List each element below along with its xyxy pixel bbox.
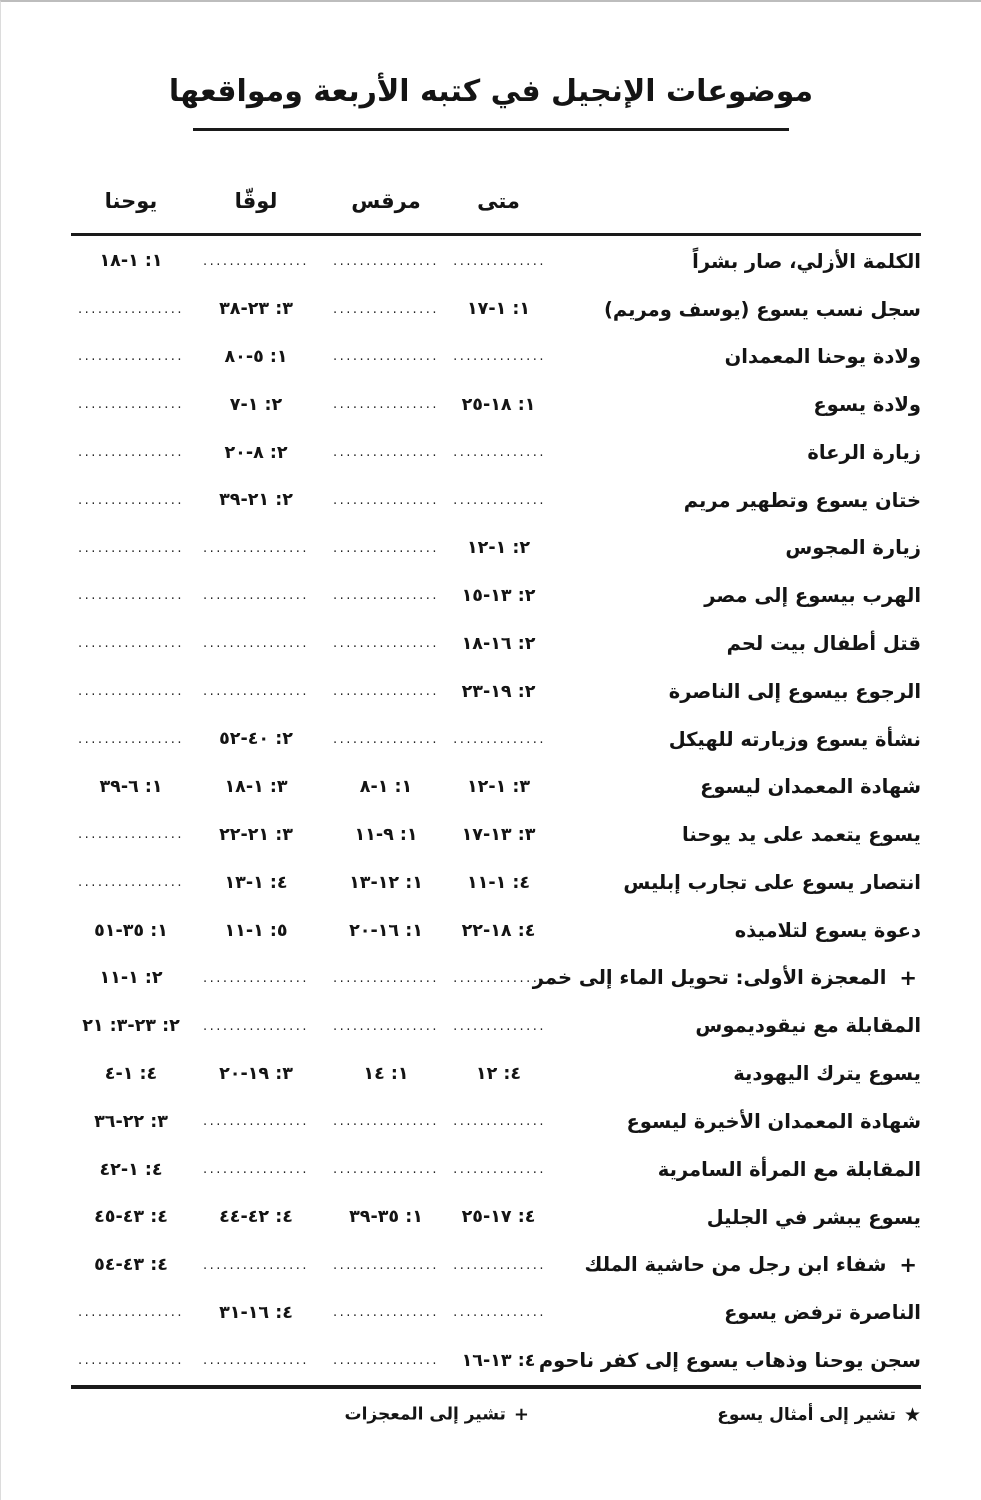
table-row: نشأة يسوع وزيارته للهيكل ...............… xyxy=(71,715,921,763)
topic-label: زيارة المجوس xyxy=(785,536,921,559)
topic-cell: ولادة يوحنا المعمدان xyxy=(546,345,921,368)
topic-cell: الرجوع بيسوع إلى الناصرة xyxy=(546,680,921,703)
ref-cell-mark: ١: ٩-١١ xyxy=(321,825,451,845)
table-row: شهادة المعمدان الأخيرة ليسوع ...........… xyxy=(71,1098,921,1146)
ref-cell-luke: ................ xyxy=(191,1353,321,1368)
table-header-row: متى مرقس لوقّا يوحنا xyxy=(71,181,921,221)
ref-cell-matthew: ٢: ١٣-١٥ xyxy=(451,586,546,606)
ref-cell-john: ................ xyxy=(71,588,191,603)
ref-cell-luke: ................ xyxy=(191,254,321,269)
topic-label: شهادة المعمدان الأخيرة ليسوع xyxy=(626,1110,921,1133)
topic-cell: ولادة يسوع xyxy=(546,393,921,416)
star-icon: ★ xyxy=(904,1404,921,1426)
topic-cell: سجن يوحنا وذهاب يسوع إلى كفر ناحوم xyxy=(546,1349,921,1372)
ref-cell-mark: ................ xyxy=(321,1258,451,1273)
ref-cell-mark: ................ xyxy=(321,302,451,317)
ref-cell-matthew: ٣: ١-١٢ xyxy=(451,777,546,797)
ref-cell-matthew: ٢: ١٦-١٨ xyxy=(451,634,546,654)
column-header-luke: لوقّا xyxy=(191,189,321,213)
ref-cell-john: ................ xyxy=(71,827,191,842)
topic-label: زيارة الرعاة xyxy=(807,441,921,464)
topic-cell: ختان يسوع وتطهير مريم xyxy=(546,489,921,512)
ref-cell-mark: ................ xyxy=(321,971,451,986)
topic-cell: الكلمة الأزلي، صار بشراً xyxy=(546,250,921,273)
topic-cell: يسوع يتعمد على يد يوحنا xyxy=(546,823,921,846)
table-row: دعوة يسوع لتلاميذه ٤: ١٨-٢٢ ١: ١٦-٢٠ ٥: … xyxy=(71,907,921,955)
ref-cell-luke: ................ xyxy=(191,636,321,651)
ref-cell-mark: ................ xyxy=(321,684,451,699)
ref-cell-luke: ................ xyxy=(191,1114,321,1129)
table-row: زيارة الرعاة ................ ..........… xyxy=(71,429,921,477)
ref-cell-john: ٢: ٢٣-٣: ٢١ xyxy=(71,1016,191,1036)
footnote-parables: ★تشير إلى أمثال يسوع xyxy=(717,1404,921,1426)
ref-cell-matthew: ٤: ١٢ xyxy=(451,1064,546,1084)
book-page: موضوعات الإنجيل في كتبه الأربعة ومواقعها… xyxy=(0,0,981,1500)
topic-label: الناصرة ترفض يسوع xyxy=(724,1301,921,1324)
table-row: +المعجزة الأولى: تحويل الماء إلى خمر ...… xyxy=(71,954,921,1002)
topic-label: الرجوع بيسوع إلى الناصرة xyxy=(669,680,921,703)
topic-cell: +شفاء ابن رجل من حاشية الملك xyxy=(546,1253,921,1278)
ref-cell-mark: ١: ١٦-٢٠ xyxy=(321,921,451,941)
topic-label: شهادة المعمدان ليسوع xyxy=(700,775,921,798)
ref-cell-luke: ................ xyxy=(191,1258,321,1273)
ref-cell-mark: ١: ٣٥-٣٩ xyxy=(321,1207,451,1227)
table-row: سجن يوحنا وذهاب يسوع إلى كفر ناحوم ٤: ١٣… xyxy=(71,1337,921,1385)
ref-cell-matthew: ١: ١٨-٢٥ xyxy=(451,395,546,415)
table-row: الناصرة ترفض يسوع ................ .....… xyxy=(71,1289,921,1337)
topic-cell: قتل أطفال بيت لحم xyxy=(546,632,921,655)
topic-label: انتصار يسوع على تجارب إبليس xyxy=(623,871,921,894)
topic-label: قتل أطفال بيت لحم xyxy=(727,632,921,655)
ref-cell-john: ٤: ٤٣-٤٥ xyxy=(71,1207,191,1227)
ref-cell-luke: ٣: ١-١٨ xyxy=(191,777,321,797)
topic-label: المعجزة الأولى: تحويل الماء إلى خمر xyxy=(533,966,887,989)
footnotes: ★تشير إلى أمثال يسوع +تشير إلى المعجزات xyxy=(71,1404,921,1440)
bottom-rule xyxy=(71,1385,921,1389)
ref-cell-mark: ١: ١٤ xyxy=(321,1064,451,1084)
ref-cell-john: ................ xyxy=(71,636,191,651)
ref-cell-john: ................ xyxy=(71,1305,191,1320)
ref-cell-luke: ١: ٥-٨٠ xyxy=(191,347,321,367)
ref-cell-john: ................ xyxy=(71,445,191,460)
ref-cell-luke: ٣: ١٩-٢٠ xyxy=(191,1064,321,1084)
ref-cell-john: ................ xyxy=(71,875,191,890)
ref-cell-matthew: ٤: ١٨-٢٢ xyxy=(451,921,546,941)
ref-cell-luke: ................ xyxy=(191,588,321,603)
ref-cell-mark: ................ xyxy=(321,1353,451,1368)
table-row: يسوع يترك اليهودية ٤: ١٢ ١: ١٤ ٣: ١٩-٢٠ … xyxy=(71,1050,921,1098)
ref-cell-john: ................ xyxy=(71,541,191,556)
topic-cell: انتصار يسوع على تجارب إبليس xyxy=(546,871,921,894)
title-underline xyxy=(193,128,789,131)
topic-cell: +المعجزة الأولى: تحويل الماء إلى خمر xyxy=(546,966,921,991)
table-row: يسوع يتعمد على يد يوحنا ٣: ١٣-١٧ ١: ٩-١١… xyxy=(71,811,921,859)
ref-cell-matthew: ................ xyxy=(451,254,546,269)
table-row: الرجوع بيسوع إلى الناصرة ٢: ١٩-٢٣ ......… xyxy=(71,668,921,716)
topic-cell: المقابلة مع نيقوديموس xyxy=(546,1014,921,1037)
ref-cell-john: ................ xyxy=(71,684,191,699)
ref-cell-mark: ................ xyxy=(321,1305,451,1320)
topic-cell: شهادة المعمدان ليسوع xyxy=(546,775,921,798)
table-row: ختان يسوع وتطهير مريم ................ .… xyxy=(71,476,921,524)
ref-cell-luke: ٢: ٨-٢٠ xyxy=(191,443,321,463)
ref-cell-matthew: ................ xyxy=(451,349,546,364)
ref-cell-luke: ................ xyxy=(191,1162,321,1177)
column-header-john: يوحنا xyxy=(71,189,191,213)
topic-cell: زيارة المجوس xyxy=(546,536,921,559)
ref-cell-mark: ................ xyxy=(321,541,451,556)
table-row: زيارة المجوس ٢: ١-١٢ ................ ..… xyxy=(71,524,921,572)
miracle-marker: + xyxy=(899,966,917,991)
topic-cell: الناصرة ترفض يسوع xyxy=(546,1301,921,1324)
ref-cell-john: ٤: ١-٤٢ xyxy=(71,1160,191,1180)
ref-cell-mark: ................ xyxy=(321,732,451,747)
ref-cell-john: ٣: ٢٢-٣٦ xyxy=(71,1112,191,1132)
topic-label: المقابلة مع المرأة السامرية xyxy=(658,1158,921,1181)
table-row: انتصار يسوع على تجارب إبليس ٤: ١-١١ ١: ١… xyxy=(71,859,921,907)
footnote-miracles-text: تشير إلى المعجزات xyxy=(345,1404,506,1424)
table-row: سجل نسب يسوع (يوسف ومريم) ١: ١-١٧ ......… xyxy=(71,285,921,333)
ref-cell-matthew: ................ xyxy=(451,493,546,508)
topic-cell: سجل نسب يسوع (يوسف ومريم) xyxy=(546,298,921,321)
table-row: المقابلة مع المرأة السامرية ............… xyxy=(71,1146,921,1194)
topic-label: ولادة يسوع xyxy=(813,393,921,416)
ref-cell-mark: ١: ١-٨ xyxy=(321,777,451,797)
ref-cell-matthew: ................ xyxy=(451,1305,546,1320)
ref-cell-matthew: ٢: ١٩-٢٣ xyxy=(451,682,546,702)
ref-cell-matthew: ٢: ١-١٢ xyxy=(451,538,546,558)
table-row: المقابلة مع نيقوديموس ................ .… xyxy=(71,1002,921,1050)
topic-label: الهرب بيسوع إلى مصر xyxy=(704,584,921,607)
title-block: موضوعات الإنجيل في كتبه الأربعة ومواقعها xyxy=(1,64,981,131)
ref-cell-matthew: ................ xyxy=(451,1114,546,1129)
topic-label: نشأة يسوع وزيارته للهيكل xyxy=(669,728,921,751)
column-header-mark: مرقس xyxy=(321,189,451,213)
column-header-matthew: متى xyxy=(451,189,546,213)
ref-cell-luke: ٤: ١-١٣ xyxy=(191,873,321,893)
ref-cell-luke: ٢: ٢١-٣٩ xyxy=(191,490,321,510)
page-title: موضوعات الإنجيل في كتبه الأربعة ومواقعها xyxy=(1,64,981,120)
ref-cell-luke: ................ xyxy=(191,1019,321,1034)
ref-cell-matthew: ................ xyxy=(451,1162,546,1177)
ref-cell-mark: ................ xyxy=(321,588,451,603)
table-row: يسوع يبشر في الجليل ٤: ١٧-٢٥ ١: ٣٥-٣٩ ٤:… xyxy=(71,1193,921,1241)
ref-cell-mark: ................ xyxy=(321,445,451,460)
topic-label: يسوع يبشر في الجليل xyxy=(707,1206,921,1229)
topic-cell: المقابلة مع المرأة السامرية xyxy=(546,1158,921,1181)
ref-cell-john: ٤: ٤٣-٥٤ xyxy=(71,1255,191,1275)
footnote-miracles: +تشير إلى المعجزات xyxy=(345,1404,529,1425)
ref-cell-john: ١: ٦-٣٩ xyxy=(71,777,191,797)
topic-label: سجن يوحنا وذهاب يسوع إلى كفر ناحوم xyxy=(539,1349,921,1372)
topic-label: يسوع يترك اليهودية xyxy=(733,1062,921,1085)
ref-cell-mark: ................ xyxy=(321,1019,451,1034)
ref-cell-john: ١: ١-١٨ xyxy=(71,251,191,271)
ref-cell-matthew: ٤: ١-١١ xyxy=(451,873,546,893)
ref-cell-john: ................ xyxy=(71,302,191,317)
ref-cell-john: ................ xyxy=(71,349,191,364)
table-row: ولادة يوحنا المعمدان ................ ..… xyxy=(71,333,921,381)
ref-cell-matthew: ٣: ١٣-١٧ xyxy=(451,825,546,845)
ref-cell-john: ٢: ١-١١ xyxy=(71,968,191,988)
ref-cell-matthew: ................ xyxy=(451,1019,546,1034)
ref-cell-john: ٤: ١-٤ xyxy=(71,1064,191,1084)
footnote-parables-text: تشير إلى أمثال يسوع xyxy=(717,1405,896,1425)
ref-cell-luke: ٥: ١-١١ xyxy=(191,921,321,941)
ref-cell-luke: ................ xyxy=(191,971,321,986)
ref-cell-matthew: ................ xyxy=(451,732,546,747)
ref-cell-matthew: ١: ١-١٧ xyxy=(451,299,546,319)
topic-label: دعوة يسوع لتلاميذه xyxy=(735,919,921,942)
topic-label: سجل نسب يسوع (يوسف ومريم) xyxy=(604,298,921,321)
table-row: ولادة يسوع ١: ١٨-٢٥ ................ ٢: … xyxy=(71,381,921,429)
topic-label: ولادة يوحنا المعمدان xyxy=(725,345,921,368)
ref-cell-mark: ................ xyxy=(321,636,451,651)
topic-cell: يسوع يبشر في الجليل xyxy=(546,1206,921,1229)
ref-cell-luke: ٢: ٤٠-٥٢ xyxy=(191,729,321,749)
ref-cell-mark: ................ xyxy=(321,254,451,269)
topic-label: ختان يسوع وتطهير مريم xyxy=(684,489,921,512)
topic-cell: يسوع يترك اليهودية xyxy=(546,1062,921,1085)
topic-label: شفاء ابن رجل من حاشية الملك xyxy=(585,1253,887,1276)
miracle-marker: + xyxy=(899,1253,917,1278)
ref-cell-mark: ١: ١٢-١٣ xyxy=(321,873,451,893)
ref-cell-mark: ................ xyxy=(321,349,451,364)
table-row: شهادة المعمدان ليسوع ٣: ١-١٢ ١: ١-٨ ٣: ١… xyxy=(71,763,921,811)
topic-cell: شهادة المعمدان الأخيرة ليسوع xyxy=(546,1110,921,1133)
table-row: الهرب بيسوع إلى مصر ٢: ١٣-١٥ ...........… xyxy=(71,572,921,620)
table-row: قتل أطفال بيت لحم ٢: ١٦-١٨ .............… xyxy=(71,620,921,668)
ref-cell-luke: ٣: ٢٣-٣٨ xyxy=(191,299,321,319)
topic-label: الكلمة الأزلي، صار بشراً xyxy=(692,250,921,273)
ref-cell-mark: ................ xyxy=(321,1114,451,1129)
ref-cell-john: ................ xyxy=(71,1353,191,1368)
ref-cell-john: ١: ٣٥-٥١ xyxy=(71,921,191,941)
ref-cell-mark: ................ xyxy=(321,397,451,412)
table-row: الكلمة الأزلي، صار بشراً ...............… xyxy=(71,238,921,286)
ref-cell-matthew: ٤: ١٧-٢٥ xyxy=(451,1207,546,1227)
ref-cell-luke: ٤: ١٦-٣١ xyxy=(191,1303,321,1323)
topic-label: المقابلة مع نيقوديموس xyxy=(695,1014,921,1037)
ref-cell-john: ................ xyxy=(71,732,191,747)
topic-cell: الهرب بيسوع إلى مصر xyxy=(546,584,921,607)
ref-cell-luke: ................ xyxy=(191,684,321,699)
ref-cell-luke: ٣: ٢١-٢٢ xyxy=(191,825,321,845)
ref-cell-luke: ٢: ١-٧ xyxy=(191,395,321,415)
plus-icon: + xyxy=(514,1404,529,1425)
ref-cell-matthew: ................ xyxy=(451,1258,546,1273)
ref-cell-matthew: ٤: ١٣-١٦ xyxy=(451,1351,546,1371)
ref-cell-luke: ................ xyxy=(191,541,321,556)
ref-cell-john: ................ xyxy=(71,493,191,508)
gospel-table: متى مرقس لوقّا يوحنا الكلمة الأزلي، صار … xyxy=(71,181,921,1440)
ref-cell-mark: ................ xyxy=(321,493,451,508)
ref-cell-matthew: ................ xyxy=(451,971,546,986)
table-row: +شفاء ابن رجل من حاشية الملك ...........… xyxy=(71,1241,921,1289)
topic-cell: دعوة يسوع لتلاميذه xyxy=(546,919,921,942)
ref-cell-mark: ................ xyxy=(321,1162,451,1177)
table-body: الكلمة الأزلي، صار بشراً ...............… xyxy=(71,236,921,1385)
ref-cell-matthew: ................ xyxy=(451,445,546,460)
topic-cell: زيارة الرعاة xyxy=(546,441,921,464)
ref-cell-john: ................ xyxy=(71,397,191,412)
ref-cell-luke: ٤: ٤٢-٤٤ xyxy=(191,1207,321,1227)
topic-cell: نشأة يسوع وزيارته للهيكل xyxy=(546,728,921,751)
topic-label: يسوع يتعمد على يد يوحنا xyxy=(682,823,921,846)
